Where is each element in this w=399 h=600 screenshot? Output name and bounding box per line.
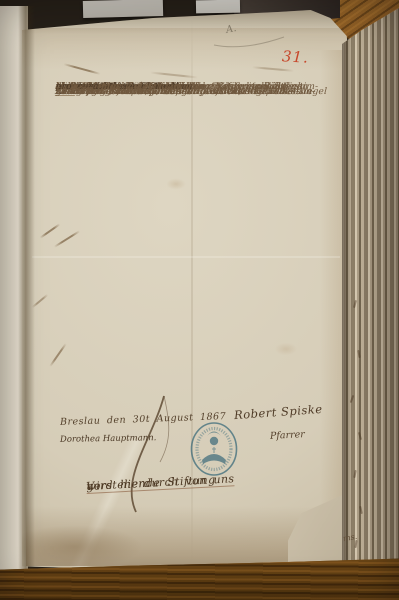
foxing-spot [162,176,190,192]
priest-signature: Robert Spiske [234,402,323,422]
stain [22,518,172,566]
ink-smudge [49,343,67,367]
paper-tab [196,0,240,13]
page-number: 31. [282,47,310,66]
page-crease [32,256,340,258]
edge-ink-mark [353,470,356,478]
edge-ink-mark [358,432,362,440]
priest-title: Pfarrer [270,429,305,442]
parish-seal-stamp-icon [190,422,238,476]
ink-smudge [54,230,81,248]
confirmation-note-post: ge [86,479,101,493]
register-page: A. 31. Es wird hiermit bekundet, daß am … [22,10,350,572]
corner-mark-swash [210,34,290,50]
edge-ink-mark [350,395,355,403]
ink-smudge [40,223,61,238]
manuscript-text-block: Es wird hiermit bekundet, daß am heutige… [56,80,340,85]
photo-of-handwritten-register-page: A. 31. Es wird hiermit bekundet, daß am … [0,0,399,600]
edge-ink-mark [353,300,357,308]
edge-ink-mark [357,350,360,358]
book-gutter-shadow [18,6,35,584]
edge-ink-mark [359,506,363,514]
paper-tab [83,0,163,18]
founder-signature: Dorothea Hauptmann. [60,433,157,445]
foxing-spot [270,340,302,358]
book-page-edges [342,0,399,575]
